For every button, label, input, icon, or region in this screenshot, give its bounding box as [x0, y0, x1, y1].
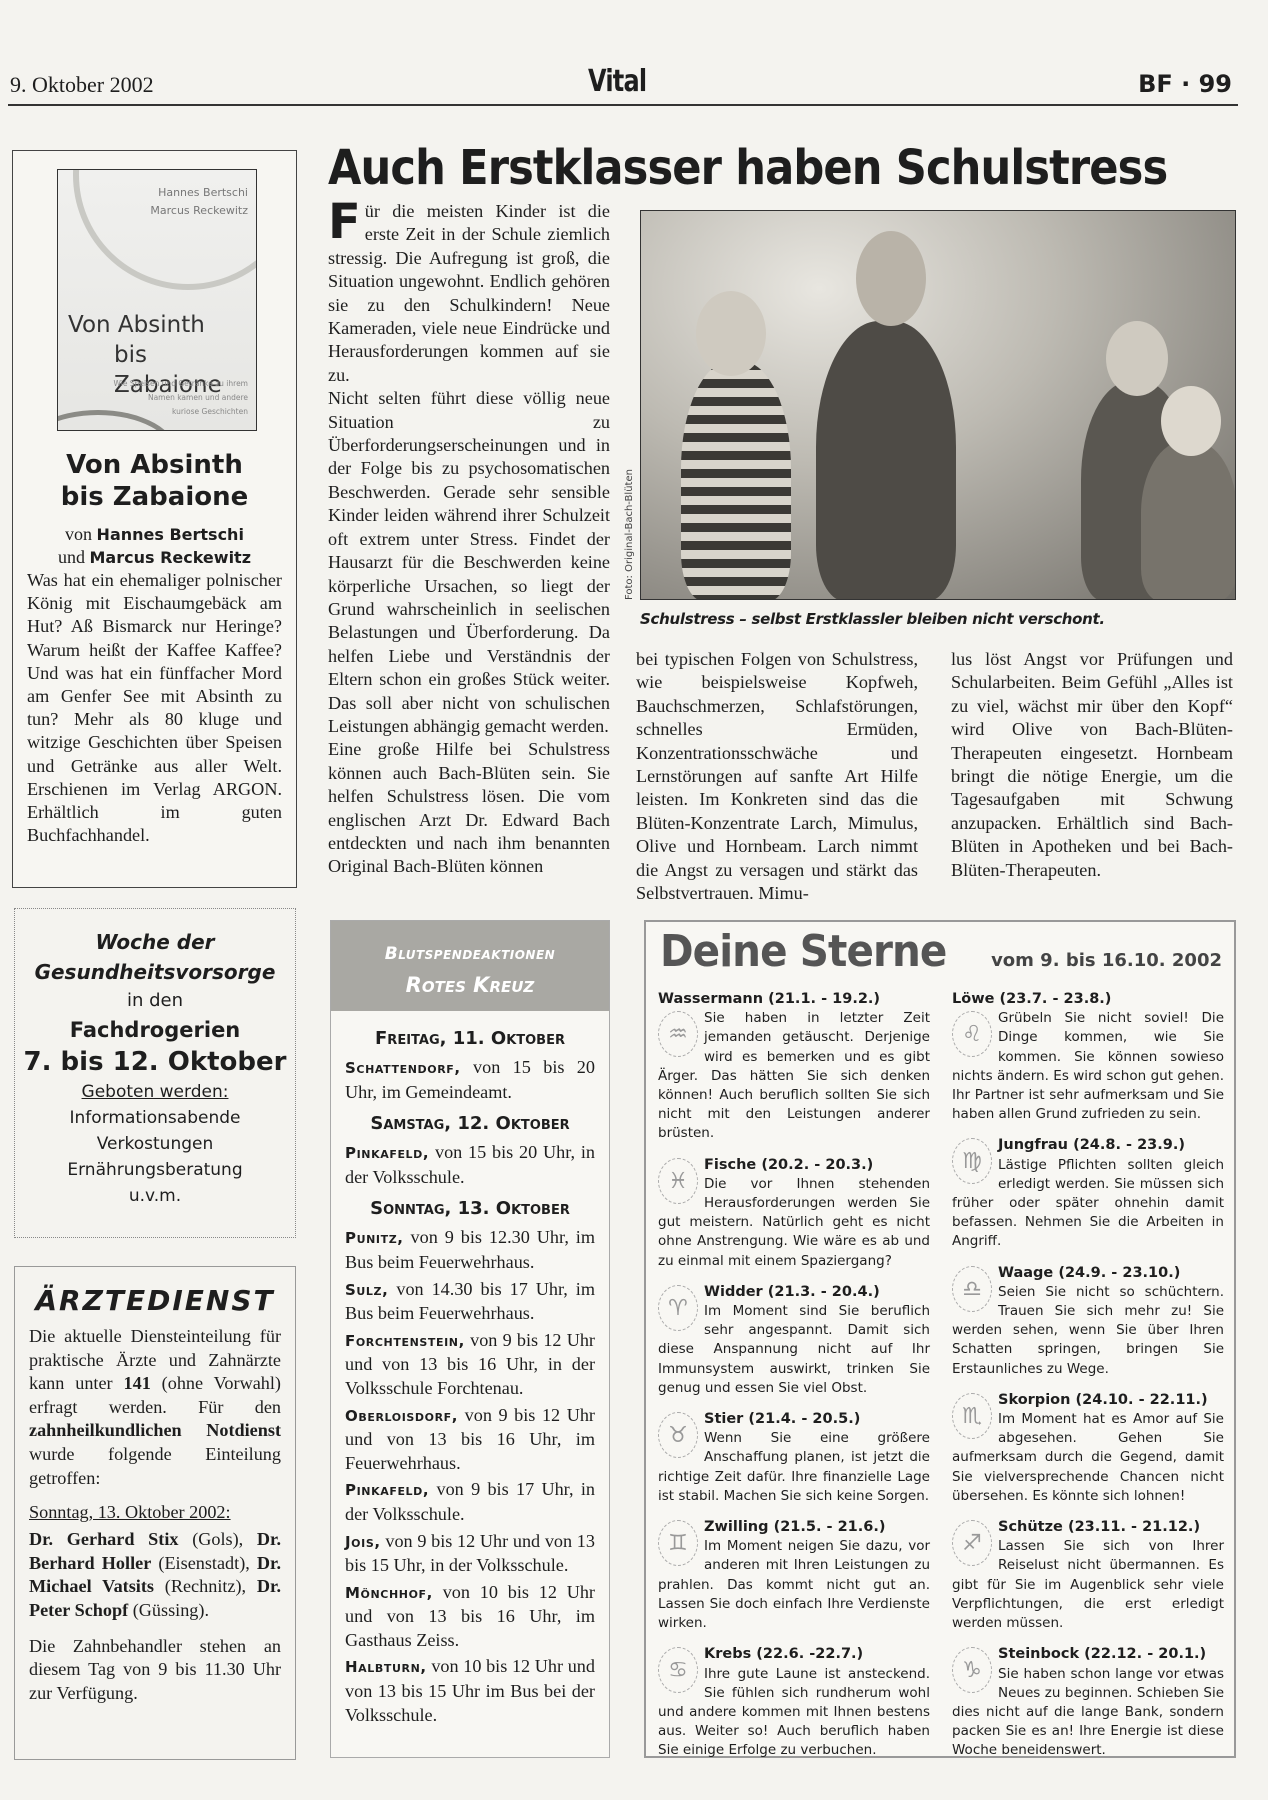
drop-cap: F: [328, 202, 361, 242]
offer-item: u.v.m.: [15, 1183, 295, 1209]
horoscope-period: vom 9. bis 16.10. 2002: [991, 950, 1222, 971]
aquarius-icon: ♒: [658, 1011, 698, 1057]
blood-donation-box: Blutspendeaktionen Rotes Kreuz Freitag, …: [330, 920, 610, 1758]
horoscope-sign-aquarius: Wassermann (21.1. - 19.2.) ♒ Sie haben i…: [658, 990, 930, 1144]
section-title: Vital: [588, 64, 646, 99]
aries-icon: ♈: [658, 1285, 698, 1331]
cover-authors: Hannes Bertschi Marcus Reckewitz: [150, 184, 248, 220]
event-item: Oberloisdorf, von 9 bis 12 Uhr und von 1…: [345, 1404, 595, 1476]
event-item: Halbturn, von 10 bis 12 Uhr und von 13 b…: [345, 1655, 595, 1727]
article-column-1: Für die meisten Kinder ist die erste Zei…: [328, 200, 610, 879]
virgo-icon: ♍: [952, 1138, 992, 1184]
event-item: Sulz, von 14.30 bis 17 Uhr, im Bus beim …: [345, 1278, 595, 1326]
capricorn-icon: ♑: [952, 1647, 992, 1693]
article-column-3: lus löst Angst vor Prüfungen und Schular…: [951, 648, 1233, 882]
horoscope-sign-pisces: ♓ Fische (20.2. - 20.3.) Die vor Ihnen s…: [658, 1156, 930, 1271]
book-authors: von Hannes Bertschi und Marcus Reckewitz: [13, 523, 296, 569]
horoscope-title: Deine Sterne: [660, 926, 946, 977]
event-day: Samstag, 12. Oktober: [345, 1110, 595, 1138]
horoscope-sign-gemini: ♊ Zwilling (21.5. - 21.6.) Im Moment nei…: [658, 1518, 930, 1633]
horoscope-sign-taurus: ♉ Stier (21.4. - 20.5.) Wenn Sie eine gr…: [658, 1410, 930, 1506]
book-promo-box: Hannes Bertschi Marcus Reckewitz Von Abs…: [12, 150, 297, 888]
event-item: Pinkafeld, von 15 bis 20 Uhr, in der Vol…: [345, 1141, 595, 1189]
horoscope-sign-scorpio: ♏ Skorpion (24.10. - 22.11.) Im Moment h…: [952, 1391, 1224, 1506]
book-description: Was hat ein ehemaliger polnischer König …: [27, 569, 282, 847]
book-title: Von Absinth bis Zabaione: [13, 449, 296, 513]
doctor-service-text: Die aktuelle Diensteinteilung für prakti…: [29, 1325, 281, 1490]
book-cover-image: Hannes Bertschi Marcus Reckewitz Von Abs…: [57, 169, 257, 431]
photo-caption: Schulstress – selbst Erstklassler bleibe…: [640, 610, 1105, 628]
sagittarius-icon: ♐: [952, 1520, 992, 1566]
health-week-box: Woche der Gesundheitsvorsorge in den Fac…: [14, 908, 296, 1238]
pisces-icon: ♓: [658, 1158, 698, 1204]
horoscope-column-left: Wassermann (21.1. - 19.2.) ♒ Sie haben i…: [658, 990, 930, 1773]
horoscope-sign-libra: ♎ Waage (24.9. - 23.10.) Seien Sie nicht…: [952, 1264, 1224, 1379]
article-column-2: bei typischen Folgen von Schulstress, wi…: [636, 648, 918, 905]
horoscope-sign-sagittarius: ♐ Schütze (23.11. - 21.12.) Lassen Sie s…: [952, 1518, 1224, 1633]
horoscope-sign-capricorn: ♑ Steinbock (22.12. - 20.1.) Sie haben s…: [952, 1645, 1224, 1760]
page-number: BF · 99: [1138, 70, 1232, 98]
leo-icon: ♌: [952, 1011, 992, 1057]
event-item: Mönchhof, von 10 bis 12 Uhr und von 13 b…: [345, 1581, 595, 1653]
event-item: Schattendorf, von 15 bis 20 Uhr, im Geme…: [345, 1056, 595, 1104]
health-week-dates: 7. bis 12. Oktober: [15, 1045, 295, 1079]
offer-item: Ernährungsberatung: [15, 1157, 295, 1183]
blood-donation-header: Blutspendeaktionen Rotes Kreuz: [331, 921, 609, 1011]
article-photo: [640, 210, 1236, 600]
horoscope-sign-aries: ♈ Widder (21.3. - 20.4.) Im Moment sind …: [658, 1283, 930, 1398]
gemini-icon: ♊: [658, 1520, 698, 1566]
horoscope-sign-cancer: ♋ Krebs (22.6. -22.7.) Ihre gute Laune i…: [658, 1645, 930, 1760]
horoscope-box: Deine Sterne vom 9. bis 16.10. 2002 Wass…: [644, 920, 1236, 1758]
photo-credit: Foto: Original-Bach-Blüten: [624, 469, 635, 600]
cancer-icon: ♋: [658, 1647, 698, 1693]
event-item: Pinkafeld, von 9 bis 17 Uhr, in der Volk…: [345, 1478, 595, 1526]
event-day: Freitag, 11. Oktober: [345, 1025, 595, 1053]
horoscope-sign-leo: Löwe (23.7. - 23.8.) ♌ Grübeln Sie nicht…: [952, 990, 1224, 1124]
doctor-list: Dr. Gerhard Stix (Gols), Dr. Berhard Hol…: [29, 1528, 281, 1622]
article-headline: Auch Erstklasser haben Schulstress: [328, 140, 1167, 196]
doctor-service-box: ÄRZTEDIENST Die aktuelle Diensteinteilun…: [14, 1266, 296, 1760]
service-date: Sonntag, 13. Oktober 2002:: [29, 1500, 281, 1524]
cover-subtitle: Wie Speisen und Getränke zu ihrem Namen …: [114, 377, 249, 419]
event-item: Punitz, von 9 bis 12.30 Uhr, im Bus beim…: [345, 1226, 595, 1274]
horoscope-column-right: Löwe (23.7. - 23.8.) ♌ Grübeln Sie nicht…: [952, 990, 1224, 1773]
libra-icon: ♎: [952, 1266, 992, 1312]
offer-item: Informationsabende: [15, 1105, 295, 1131]
taurus-icon: ♉: [658, 1412, 698, 1458]
scorpio-icon: ♏: [952, 1393, 992, 1439]
event-item: Jois, von 9 bis 12 Uhr und von 13 bis 15…: [345, 1530, 595, 1578]
offer-item: Verkostungen: [15, 1131, 295, 1157]
header-rule: [8, 104, 1238, 106]
doctor-service-footer: Die Zahnbehandler stehen an diesem Tag v…: [29, 1635, 281, 1706]
event-day: Sonntag, 13. Oktober: [345, 1195, 595, 1223]
event-item: Forchtenstein, von 9 bis 12 Uhr und von …: [345, 1329, 595, 1401]
issue-date: 9. Oktober 2002: [10, 72, 154, 98]
doctor-service-title: ÄRZTEDIENST: [29, 1281, 281, 1321]
horoscope-sign-virgo: ♍ Jungfrau (24.8. - 23.9.) Lästige Pflic…: [952, 1136, 1224, 1251]
